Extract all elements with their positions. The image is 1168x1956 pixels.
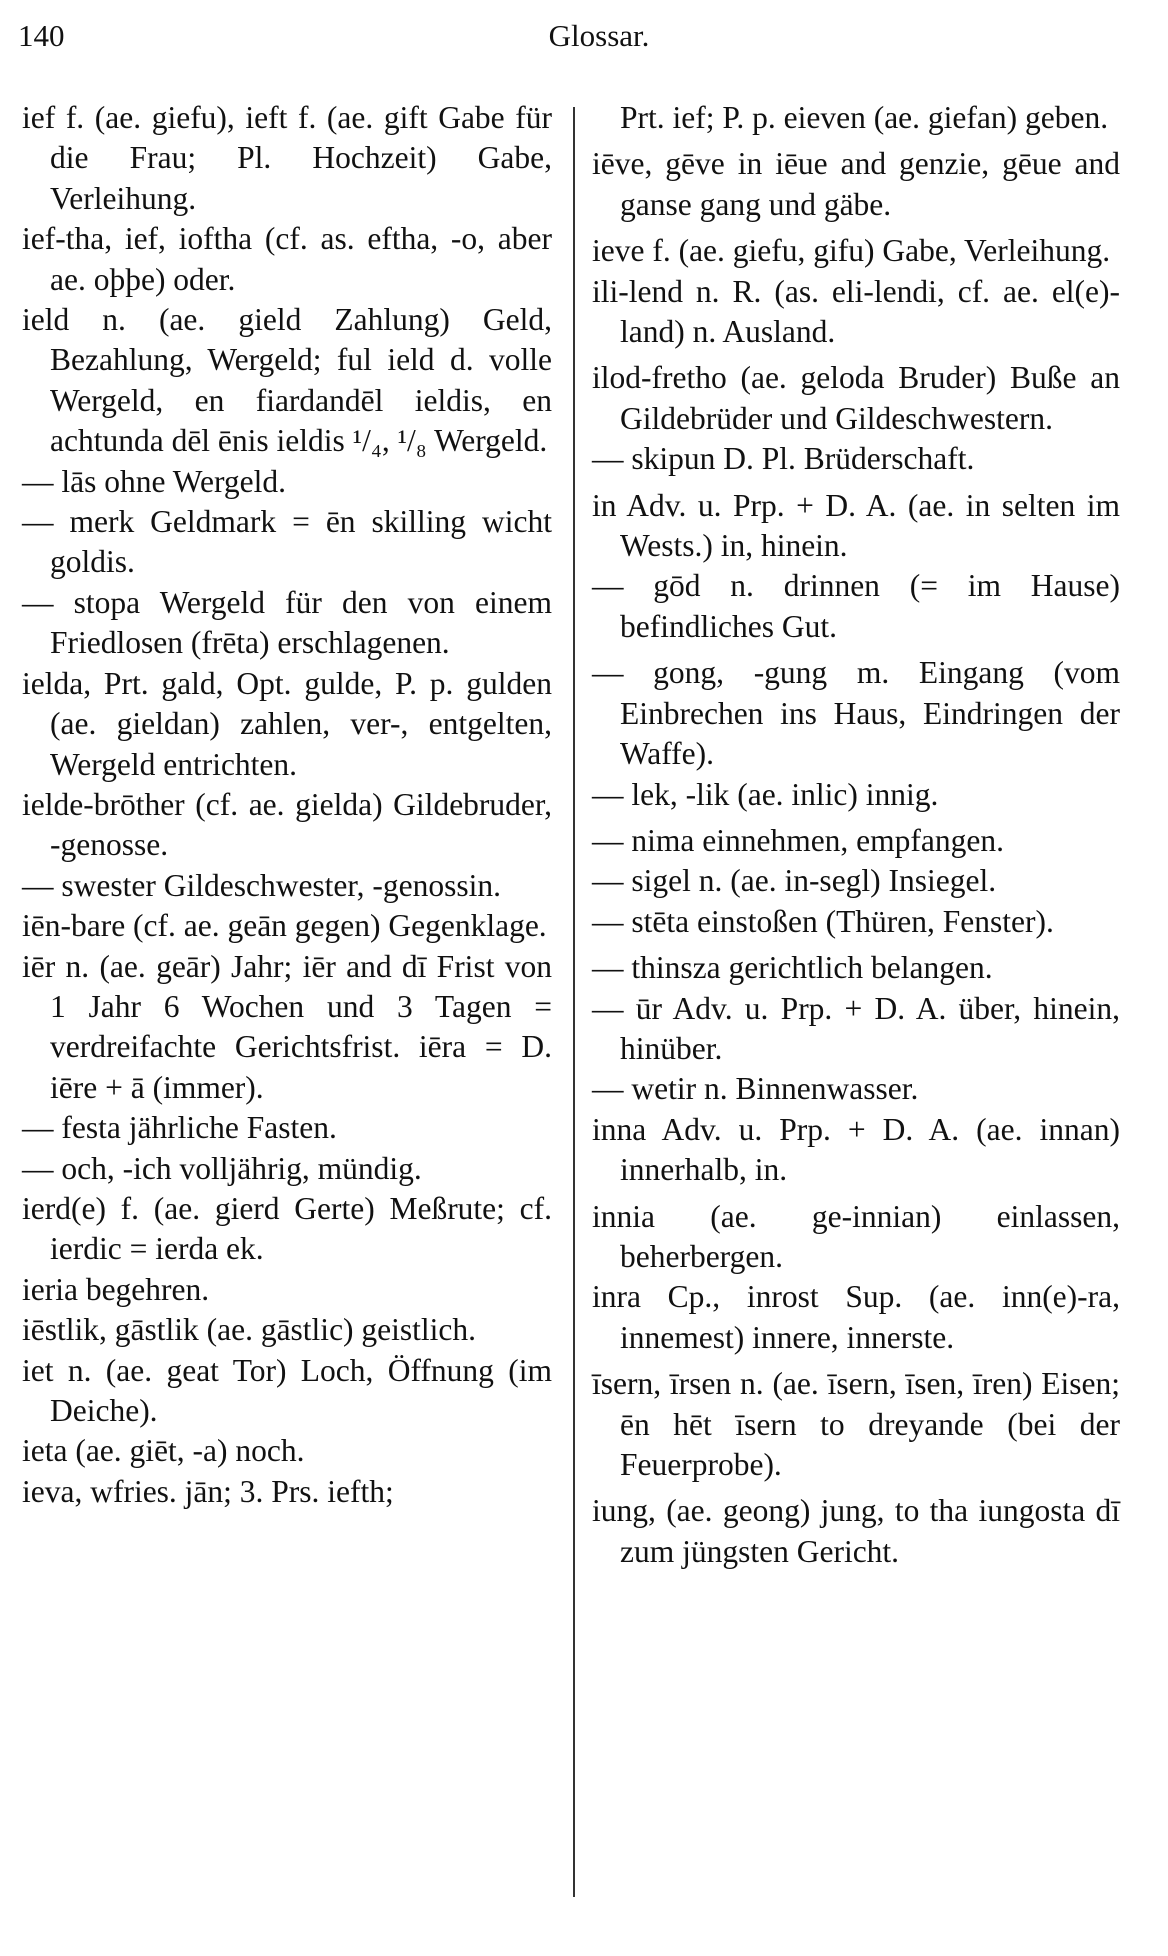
page-header: 140 Glossar.	[0, 18, 1168, 58]
glossary-entry: iung, (ae. geong) jung, to tha iungosta …	[592, 1491, 1120, 1572]
glossary-subentry: — ūr Adv. u. Prp. + D. A. über, hinein, …	[592, 989, 1120, 1070]
glossary-subentry: — stopa Wergeld für den von einem Friedl…	[22, 583, 552, 664]
glossary-subentry: — wetir n. Binnenwasser.	[592, 1069, 1120, 1109]
left-column: ief f. (ae. giefu), ieft f. (ae. gift Ga…	[22, 98, 552, 1512]
glossary-entry: ielda, Prt. gald, Opt. gulde, P. p. guld…	[22, 664, 552, 785]
glossary-subentry: — festa jährliche Fasten.	[22, 1108, 552, 1148]
glossary-subentry: — merk Geldmark = ēn skilling wicht gold…	[22, 502, 552, 583]
glossary-entry: ief f. (ae. giefu), ieft f. (ae. gift Ga…	[22, 98, 552, 219]
glossary-entry: ielde-brōther (cf. ae. gielda) Gildebrud…	[22, 785, 552, 866]
glossary-subentry: — nima einnehmen, empfangen.	[592, 821, 1120, 861]
glossary-subentry: — och, -ich volljährig, mündig.	[22, 1149, 552, 1189]
glossary-entry: ieta (ae. giēt, -a) noch.	[22, 1431, 552, 1471]
glossary-continuation: Prt. ief; P. p. eieven (ae. giefan) gebe…	[592, 98, 1120, 138]
glossary-subentry: — swester Gildeschwester, -genossin.	[22, 866, 552, 906]
glossary-entry: ield n. (ae. gield Zahlung) Geld, Bezahl…	[22, 300, 552, 462]
glossary-entry: iēr n. (ae. geār) Jahr; iēr and dī Frist…	[22, 947, 552, 1109]
column-divider	[573, 107, 575, 1897]
glossary-subentry: — lās ohne Wergeld.	[22, 462, 552, 502]
glossary-entry: iet n. (ae. geat Tor) Loch, Öffnung (im …	[22, 1351, 552, 1432]
glossary-entry: iēn-bare (cf. ae. geān gegen) Gegenklage…	[22, 906, 552, 946]
glossary-subentry: — thinsza gerichtlich belangen.	[592, 948, 1120, 988]
glossary-entry: iēstlik, gāstlik (ae. gāstlic) geistlich…	[22, 1310, 552, 1350]
right-column: Prt. ief; P. p. eieven (ae. giefan) gebe…	[592, 98, 1120, 1572]
glossary-entry: ieve f. (ae. giefu, gifu) Gabe, Verleihu…	[592, 231, 1120, 271]
glossary-entry: inra Cp., inrost Sup. (ae. inn(e)-ra, in…	[592, 1277, 1120, 1358]
running-title: Glossar.	[0, 18, 1168, 54]
glossary-entry: ief-tha, ief, ioftha (cf. as. eftha, -o,…	[22, 219, 552, 300]
glossary-subentry: — gong, -gung m. Eingang (vom Einbrechen…	[592, 653, 1120, 774]
glossary-subentry: — skipun D. Pl. Brüderschaft.	[592, 439, 1120, 479]
glossary-entry: ilod-fretho (ae. geloda Bruder) Buße an …	[592, 358, 1120, 439]
glossary-entry: ierd(e) f. (ae. gierd Gerte) Meßrute; cf…	[22, 1189, 552, 1270]
glossary-subentry: — lek, -lik (ae. inlic) innig.	[592, 775, 1120, 815]
glossary-subentry: — stēta einstoßen (Thüren, Fenster).	[592, 902, 1120, 942]
glossary-entry: in Adv. u. Prp. + D. A. (ae. in selten i…	[592, 486, 1120, 567]
glossary-entry: iēve, gēve in iēue and genzie, gēue and …	[592, 144, 1120, 225]
glossary-entry: īsern, īrsen n. (ae. īsern, īsen, īren) …	[592, 1364, 1120, 1485]
glossary-subentry: — sigel n. (ae. in-segl) Insiegel.	[592, 861, 1120, 901]
glossary-entry: ieva, wfries. jān; 3. Prs. iefth;	[22, 1472, 552, 1512]
glossary-entry: ili-lend n. R. (as. eli-lendi, cf. ae. e…	[592, 272, 1120, 353]
glossary-entry: innia (ae. ge-innian) einlassen, beherbe…	[592, 1197, 1120, 1278]
glossary-entry: ieria begehren.	[22, 1270, 552, 1310]
glossary-entry: inna Adv. u. Prp. + D. A. (ae. innan) in…	[592, 1110, 1120, 1191]
glossary-subentry: — gōd n. drinnen (= im Hause) befindlich…	[592, 566, 1120, 647]
